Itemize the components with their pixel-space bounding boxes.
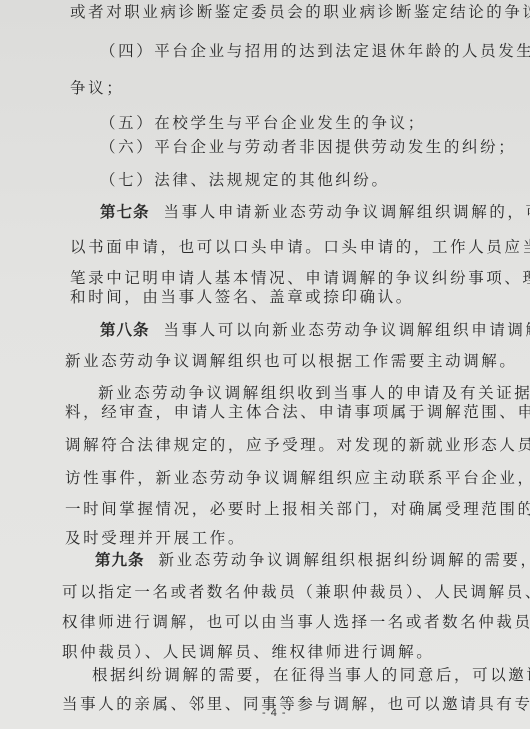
- text-line: 根据纠纷调解的需要，在征得当事人的同意后，可以邀请: [92, 665, 530, 685]
- line-text: 职仲裁员）、人民调解员、维权律师进行调解。: [62, 643, 434, 661]
- line-text: 新业态劳动争议调解组织根据纠纷调解的需要，: [159, 551, 530, 569]
- text-line: 或者对职业病诊断鉴定委员会的职业病诊断鉴定结论的争议；: [70, 2, 530, 22]
- text-line: 及时受理并开展工作。: [65, 528, 246, 548]
- line-text: 新业态劳动争议调解组织收到当事人的申请及有关证据材: [98, 384, 530, 402]
- line-text: 及时受理并开展工作。: [65, 529, 246, 547]
- text-line: 权律师进行调解，也可以由当事人选择一名或者数名仲裁员（兼: [62, 612, 530, 632]
- line-text: 可以指定一名或者数名仲裁员（兼职仲裁员）、人民调解员、维: [62, 583, 530, 601]
- line-text: 或者对职业病诊断鉴定委员会的职业病诊断鉴定结论的争议；: [70, 3, 530, 21]
- line-text: 根据纠纷调解的需要，在征得当事人的同意后，可以邀请: [92, 666, 530, 684]
- line-text: 访性事件，新业态劳动争议调解组织应主动联系平台企业，第: [65, 469, 530, 487]
- text-line: 和时间，由当事人签名、盖章或捺印确认。: [70, 287, 414, 307]
- article-8-heading-line: 第八条当事人可以向新业态劳动争议调解组织申请调解，: [100, 320, 530, 340]
- text-line: 以书面申请，也可以口头申请。口头申请的，工作人员应当在: [70, 237, 530, 257]
- line-text: 一时间掌握情况，必要时上报相关部门，对确属受理范围的，: [65, 500, 530, 518]
- line-text: 料，经审查，申请人主体合法、申请事项属于调解范围、申请: [65, 403, 530, 421]
- text-line: 可以指定一名或者数名仲裁员（兼职仲裁员）、人民调解员、维: [62, 582, 530, 602]
- text-line: 一时间掌握情况，必要时上报相关部门，对确属受理范围的，: [65, 499, 530, 519]
- page-number: - 4 -: [262, 707, 287, 719]
- line-text: 当事人的亲属、邻里、同事等参与调解，也可以邀请具有专门: [62, 695, 530, 713]
- text-line: 笔录中记明申请人基本情况、申请调解的争议纠纷事项、理由: [70, 268, 530, 288]
- line-text: 当事人可以向新业态劳动争议调解组织申请调解，: [164, 321, 530, 339]
- line-text: 争议；: [70, 79, 124, 97]
- line-text: （四）平台企业与招用的达到法定退休年龄的人员发生的: [100, 42, 530, 60]
- text-line: （四）平台企业与招用的达到法定退休年龄的人员发生的: [100, 41, 530, 61]
- text-line: （七）法律、法规规定的其他纠纷。: [100, 170, 390, 190]
- line-text: 新业态劳动争议调解组织也可以根据工作需要主动调解。: [65, 352, 518, 370]
- article-label: 第七条: [100, 203, 150, 221]
- line-text: 以书面申请，也可以口头申请。口头申请的，工作人员应当在: [70, 238, 530, 256]
- text-line: （五）在校学生与平台企业发生的争议；: [100, 113, 426, 133]
- article-7-heading-line: 第七条当事人申请新业态劳动争议调解组织调解的，可: [100, 202, 530, 222]
- line-text: 调解符合法律规定的，应予受理。对发现的新就业形态人员群: [65, 436, 530, 454]
- article-label: 第九条: [95, 551, 145, 569]
- text-line: 料，经审查，申请人主体合法、申请事项属于调解范围、申请: [65, 402, 530, 422]
- line-text: （五）在校学生与平台企业发生的争议；: [100, 114, 426, 132]
- line-text: 权律师进行调解，也可以由当事人选择一名或者数名仲裁员（兼: [62, 613, 530, 631]
- line-text: （七）法律、法规规定的其他纠纷。: [100, 171, 390, 189]
- line-text: （六）平台企业与劳动者非因提供劳动发生的纠纷；: [100, 138, 516, 156]
- text-line: 调解符合法律规定的，应予受理。对发现的新就业形态人员群: [65, 435, 530, 455]
- text-line: （六）平台企业与劳动者非因提供劳动发生的纠纷；: [100, 137, 516, 157]
- line-text: 和时间，由当事人签名、盖章或捺印确认。: [70, 288, 414, 306]
- text-line: 新业态劳动争议调解组织也可以根据工作需要主动调解。: [65, 351, 518, 371]
- line-text: 当事人申请新业态劳动争议调解组织调解的，可: [164, 203, 530, 221]
- text-line: 新业态劳动争议调解组织收到当事人的申请及有关证据材: [98, 383, 530, 403]
- text-line: 访性事件，新业态劳动争议调解组织应主动联系平台企业，第: [65, 468, 530, 488]
- line-text: 笔录中记明申请人基本情况、申请调解的争议纠纷事项、理由: [70, 269, 530, 287]
- article-label: 第八条: [100, 321, 150, 339]
- article-9-heading-line: 第九条新业态劳动争议调解组织根据纠纷调解的需要，: [95, 550, 530, 570]
- text-line: 职仲裁员）、人民调解员、维权律师进行调解。: [62, 642, 434, 662]
- text-line: 争议；: [70, 78, 124, 98]
- document-page: 或者对职业病诊断鉴定委员会的职业病诊断鉴定结论的争议； （四）平台企业与招用的达…: [0, 0, 530, 729]
- text-line: 当事人的亲属、邻里、同事等参与调解，也可以邀请具有专门: [62, 694, 530, 714]
